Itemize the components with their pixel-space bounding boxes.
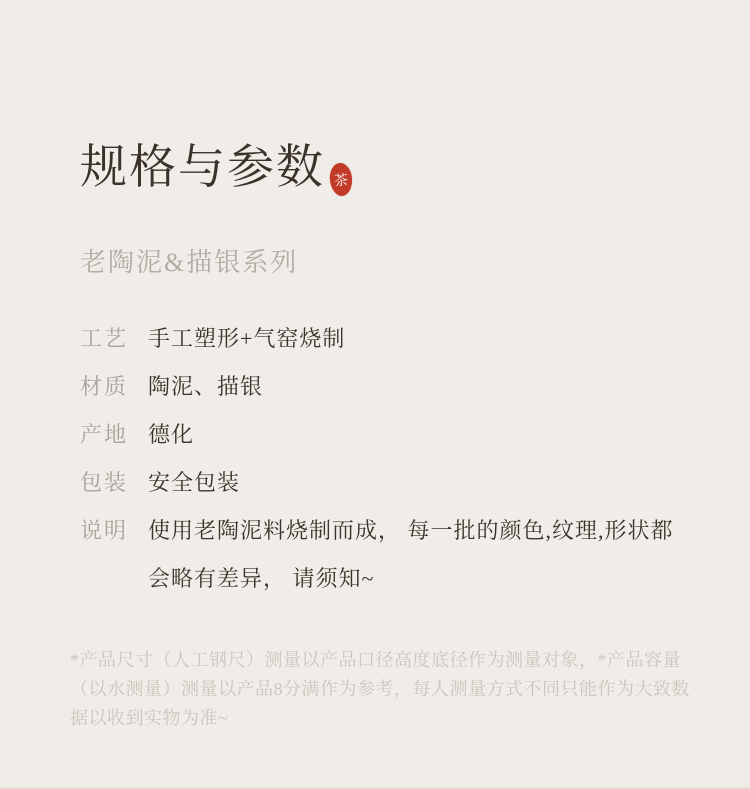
spec-label: 包装 [80, 459, 148, 507]
tea-seal-icon: 茶 [329, 162, 354, 197]
spec-row-origin: 产地 德化 [80, 411, 693, 459]
spec-value: 陶泥、描银 [148, 363, 263, 411]
spec-value: 手工塑形+气窑烧制 [148, 315, 345, 363]
section-title-row: 规格与参数 茶 [80, 138, 352, 199]
spec-value: 德化 [148, 411, 194, 459]
spec-label: 材质 [80, 363, 148, 411]
spec-label: 产地 [80, 411, 148, 459]
spec-value: 安全包装 [148, 459, 240, 507]
spec-label: 说明 [80, 507, 148, 555]
measurement-disclaimer: *产品尺寸（人工钢尺）测量以产品口径高度底径作为测量对象，*产品容量（以水测量）… [70, 646, 704, 733]
spec-row-packaging: 包装 安全包装 [80, 459, 693, 507]
spec-row-craft: 工艺 手工塑形+气窑烧制 [80, 315, 693, 363]
spec-table: 工艺 手工塑形+气窑烧制 材质 陶泥、描银 产地 德化 包装 安全包装 说明 使… [80, 315, 693, 603]
section-title: 规格与参数 [80, 138, 325, 199]
spec-row-description: 说明 使用老陶泥料烧制而成， 每一批的颜色,纹理,形状都会略有差异， 请须知~ [80, 507, 693, 603]
spec-label: 工艺 [80, 315, 148, 363]
tea-seal-char: 茶 [333, 169, 349, 190]
series-subtitle: 老陶泥&描银系列 [80, 242, 298, 279]
spec-value: 使用老陶泥料烧制而成， 每一批的颜色,纹理,形状都会略有差异， 请须知~ [148, 507, 693, 603]
spec-row-material: 材质 陶泥、描银 [80, 363, 693, 411]
product-spec-section: 规格与参数 茶 老陶泥&描银系列 工艺 手工塑形+气窑烧制 材质 陶泥、描银 产… [0, 0, 750, 789]
